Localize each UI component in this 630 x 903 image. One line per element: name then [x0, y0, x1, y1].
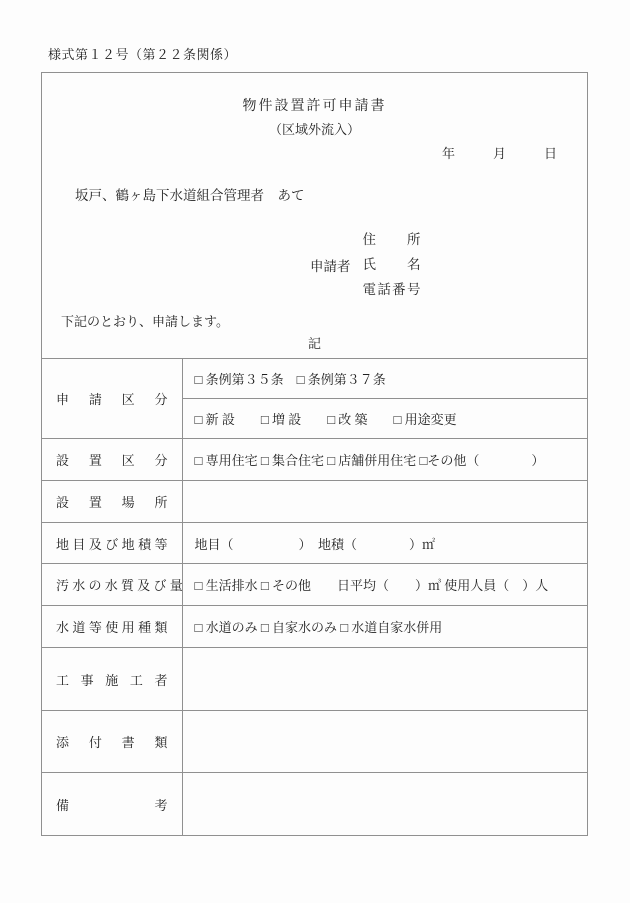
contractor-value: [182, 648, 587, 711]
table-row-sewage-quality-quantity: 汚 水 の 水 質 及 び 量 □ 生活排水 □ その他 日平均（ ）㎥ 使用人…: [42, 564, 587, 606]
table-row-installation-place: 設 置 場 所: [42, 481, 587, 523]
addressee-line: 坂戸、鶴ヶ島下水道組合管理者 あて: [75, 187, 587, 205]
application-category-ordinance-options: □ 条例第３５条 □ 条例第３７条: [182, 359, 587, 399]
water-use-type-options: □ 水道のみ □ 自家水のみ □ 水道自家水併用: [182, 606, 587, 648]
table-row-water-use-type: 水 道 等 使 用 種 類 □ 水道のみ □ 自家水のみ □ 水道自家水併用: [42, 606, 587, 648]
applicant-label: 申請者: [310, 255, 351, 275]
application-category-work-type-options: □ 新 設 □ 増 設 □ 改 築 □ 用途変更: [182, 399, 587, 439]
applicant-block: 申請者 住 所 氏 名 電話番号: [310, 231, 587, 299]
table-row-attachments: 添 付 書 類: [42, 711, 587, 773]
table-row-installation-category: 設 置 区 分 □ 専用住宅 □ 集合住宅 □ 店舗併用住宅 □その他（ ）: [42, 439, 587, 481]
table-row-contractor: 工 事 施 工 者: [42, 648, 587, 711]
application-table: 申 請 区 分 □ 条例第３５条 □ 条例第３７条 □ 新 設 □ 増 設 □ …: [42, 358, 587, 836]
applicant-fields: 住 所 氏 名 電話番号: [363, 231, 421, 299]
installation-place-value: [182, 481, 587, 523]
table-row-land-category-area: 地 目 及 び 地 積 等 地目（ ） 地積（ ）㎡: [42, 523, 587, 564]
application-form-page: 様式第１２号（第２２条関係） 物件設置許可申請書 （区域外流入） 年 月 日 坂…: [0, 0, 630, 903]
label-water-use-type: 水 道 等 使 用 種 類: [42, 606, 182, 648]
installation-category-options: □ 専用住宅 □ 集合住宅 □ 店舗併用住宅 □その他（ ）: [182, 439, 587, 481]
sewage-quality-quantity-options: □ 生活排水 □ その他 日平均（ ）㎥ 使用人員（ ）人: [182, 564, 587, 606]
document-subtitle: （区域外流入）: [42, 121, 587, 139]
land-category-area-value: 地目（ ） 地積（ ）㎡: [182, 523, 587, 564]
label-contractor: 工 事 施 工 者: [42, 648, 182, 711]
document-frame: 物件設置許可申請書 （区域外流入） 年 月 日 坂戸、鶴ヶ島下水道組合管理者 あ…: [41, 72, 588, 836]
label-installation-place: 設 置 場 所: [42, 481, 182, 523]
label-installation-category: 設 置 区 分: [42, 439, 182, 481]
label-sewage-quality-quantity: 汚 水 の 水 質 及 び 量: [42, 564, 182, 606]
label-application-category: 申 請 区 分: [42, 359, 182, 439]
label-land-category-area: 地 目 及 び 地 積 等: [42, 523, 182, 564]
label-attachments: 添 付 書 類: [42, 711, 182, 773]
applicant-address-field: 住 所: [363, 231, 421, 249]
intro-text: 下記のとおり、申請します。: [61, 313, 587, 331]
remarks-value: [182, 773, 587, 836]
applicant-name-field: 氏 名: [363, 256, 421, 274]
applicant-phone-field: 電話番号: [363, 281, 421, 299]
label-remarks: 備 考: [42, 773, 182, 836]
table-row-remarks: 備 考: [42, 773, 587, 836]
date-line: 年 月 日: [42, 145, 587, 163]
record-mark: 記: [42, 335, 587, 353]
table-row-application-category-1: 申 請 区 分 □ 条例第３５条 □ 条例第３７条: [42, 359, 587, 399]
document-title: 物件設置許可申請書: [42, 97, 587, 116]
form-number: 様式第１２号（第２２条関係）: [48, 44, 237, 63]
attachments-value: [182, 711, 587, 773]
